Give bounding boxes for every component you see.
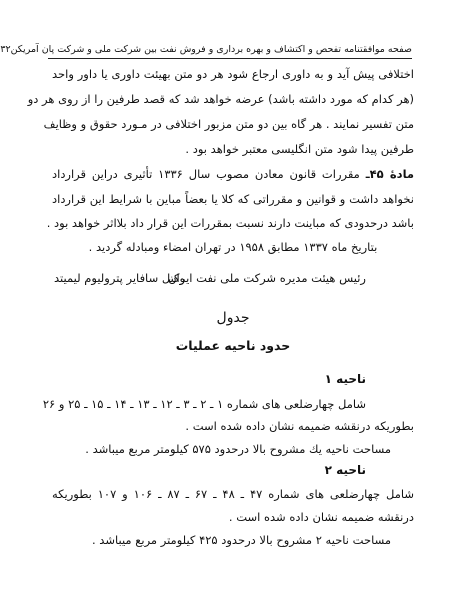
- signing-date-line: بتاریخ ماه ۱۳۳۷ مطابق ۱۹۵۸ در تهران امضا…: [52, 239, 414, 255]
- zone-1-heading: ناحیه ۱: [325, 372, 366, 386]
- header-rule: [48, 58, 412, 59]
- zone-2-area: مساحت ناحیه ۲ مشروح بالا درحدود ۴۲۵ کیلو…: [52, 532, 391, 548]
- article-text: مقررات قانون معادن مصوب سال ۱۳۳۶ تأثیری …: [52, 167, 360, 181]
- zone-1-line: شامل چهارضلعی های شماره ۱ ـ ۲ ـ ۳ ـ ۱۲ ـ…: [52, 396, 366, 412]
- article-line: نخواهد داشت و قوانین و مقرراتی که کلا یا…: [52, 191, 414, 207]
- document-page: صفحه موافقتنامه تفحص و اکتشاف و بهره برد…: [0, 0, 466, 598]
- article-label: مادهٔ ۴۵ـ: [366, 167, 414, 181]
- article-line: باشد درحدودی که مباینت دارند نسبت بمقررا…: [52, 215, 414, 231]
- paragraph-line: اختلافی پیش آید و به داوری ارجاع شود هر …: [52, 66, 414, 82]
- section-title: حدود ناحیه عملیات: [0, 338, 466, 353]
- paragraph-line: متن تفسیر نمایند . هر گاه بین دو متن مزب…: [52, 116, 414, 132]
- zone-1-area: مساحت ناحیه یك مشروح بالا درحدود ۵۷۵ کیل…: [52, 441, 391, 457]
- running-title: صفحه موافقتنامه تفحص و اکتشاف و بهره برد…: [11, 42, 412, 58]
- table-title: جدول: [0, 310, 466, 326]
- running-header: صفحه موافقتنامه تفحص و اکتشاف و بهره برد…: [48, 42, 412, 58]
- zone-2-line: شامل چهارضلعی های شماره ۴۷ ـ ۴۸ ـ ۶۷ ـ ۸…: [52, 486, 414, 502]
- paragraph-line: (هر کدام که مورد داشته باشد) عرضه خواهد …: [52, 91, 414, 107]
- signature-sapphire: وکیل سافایر پترولیوم لیمیتد: [54, 270, 185, 286]
- zone-1-line: بطوریکه درنقشه ضمیمه نشان داده شده است .: [52, 418, 414, 434]
- signature-nioc: رئیس هیئت مدیره شرکت ملی نفت ایران: [168, 270, 366, 286]
- page-number: ۲۳۲: [0, 42, 11, 58]
- paragraph-line: طرفین پیدا شود متن انگلیسی معتبر خواهد ب…: [52, 141, 414, 157]
- article-45-line: مادهٔ ۴۵ـ مقررات قانون معادن مصوب سال ۱۳…: [52, 166, 414, 182]
- zone-2-line: درنقشه ضمیمه نشان داده شده است .: [52, 509, 414, 525]
- zone-2-heading: ناحیه ۲: [325, 463, 366, 477]
